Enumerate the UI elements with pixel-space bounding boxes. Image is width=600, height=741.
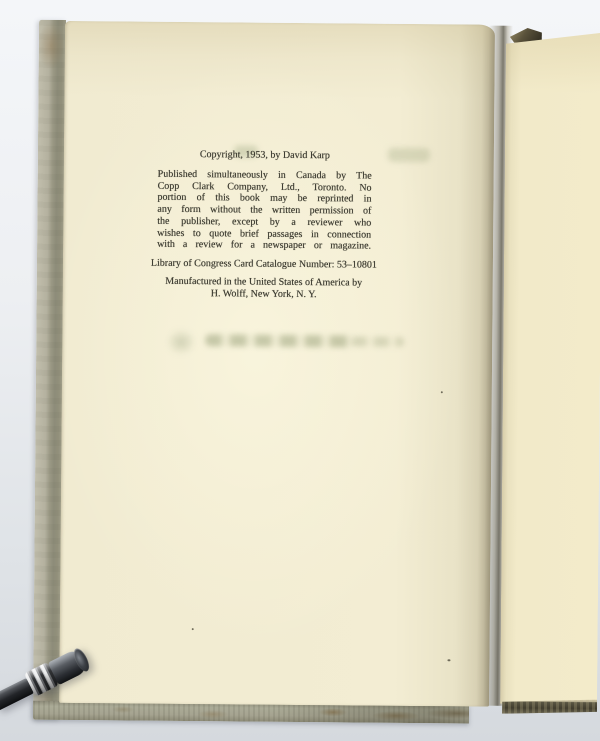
photo-backdrop: Copyright, 1953, by David Karp Published… (0, 0, 600, 741)
show-through-text-ghost (352, 336, 404, 346)
show-through-text-ghost (205, 334, 355, 347)
open-book: Copyright, 1953, by David Karp Published… (0, 0, 600, 741)
publisher-paragraph: Published simultaneously in Canada by Th… (157, 169, 372, 253)
paper-speck (441, 391, 443, 393)
show-through-smudge (166, 329, 196, 355)
copyright-text-block: Copyright, 1953, by David Karp Published… (114, 148, 415, 302)
paper-speck (192, 628, 194, 630)
facing-page (500, 32, 600, 705)
copyright-line: Copyright, 1953, by David Karp (115, 148, 415, 163)
copyright-page (59, 21, 495, 707)
paragraph-line: with a review for a newspaper or magazin… (157, 239, 371, 253)
paper-speck (447, 659, 450, 661)
library-of-congress-line: Library of Congress Card Catalogue Numbe… (114, 257, 414, 272)
